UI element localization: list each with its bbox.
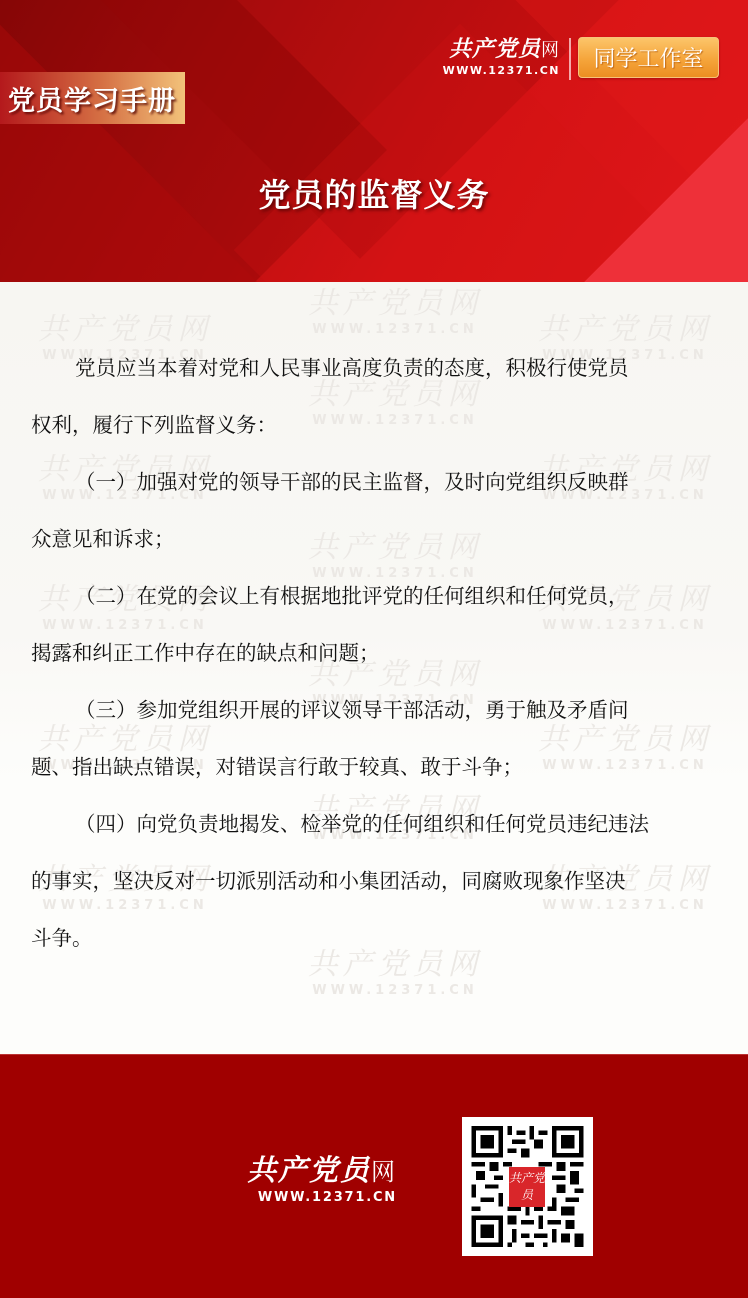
qr-code[interactable]: 共产党员 (462, 1117, 593, 1256)
brand-calligraphy: 共产党员网 (440, 36, 560, 64)
studio-button[interactable]: 同学工作室 (578, 37, 719, 78)
paragraph-line: 的事实，坚决反对一切派别活动和小集团活动，同腐败现象作坚决 (31, 853, 721, 910)
brand-url: WWW.12371.CN (440, 64, 560, 78)
paragraph-line: 揭露和纠正工作中存在的缺点和问题； (31, 625, 721, 682)
paragraph-line: （一）加强对党的领导干部的民主监督，及时向党组织反映群 (31, 454, 721, 511)
paragraph-line: 斗争。 (31, 910, 721, 967)
article-text: 党员应当本着对党和人民事业高度负责的态度，积极行使党员 权利，履行下列监督义务：… (31, 340, 721, 967)
brand-url: WWW.12371.CN (222, 1189, 397, 1207)
paragraph-line: （四）向党负责地揭发、检举党的任何组织和任何党员违纪违法 (31, 796, 721, 853)
brand-logo[interactable]: 共产党员网 WWW.12371.CN (440, 36, 560, 84)
manual-tag-label: 党员学习手册 (8, 79, 176, 118)
footer: 共产党员网 WWW.12371.CN 共产 (0, 1054, 748, 1298)
paragraph-line: 题、指出缺点错误，对错误言行敢于较真、敢于斗争； (31, 739, 721, 796)
paragraph-line: 众意见和诉求； (31, 511, 721, 568)
brand-calligraphy: 共产党员网 (222, 1153, 397, 1189)
article-body: 共产党员网WWW.12371.CN 共产党员网WWW.12371.CN 共产党员… (0, 282, 748, 1054)
manual-tag: 党员学习手册 (0, 72, 185, 124)
paragraph-line: 权利，履行下列监督义务： (31, 397, 721, 454)
paragraph-line: （二）在党的会议上有根据地批评党的任何组织和任何党员， (31, 568, 721, 625)
footer-brand-logo[interactable]: 共产党员网 WWW.12371.CN (222, 1153, 397, 1207)
paragraph-line: 党员应当本着对党和人民事业高度负责的态度，积极行使党员 (31, 340, 721, 397)
paragraph-line: （三）参加党组织开展的评议领导干部活动，勇于触及矛盾问 (31, 682, 721, 739)
page-title: 党员的监督义务 (0, 170, 748, 216)
qr-logo: 共产党员 (509, 1167, 545, 1207)
divider (569, 38, 571, 80)
header-banner: 党员学习手册 共产党员网 WWW.12371.CN 同学工作室 党员的监督义务 (0, 0, 748, 282)
